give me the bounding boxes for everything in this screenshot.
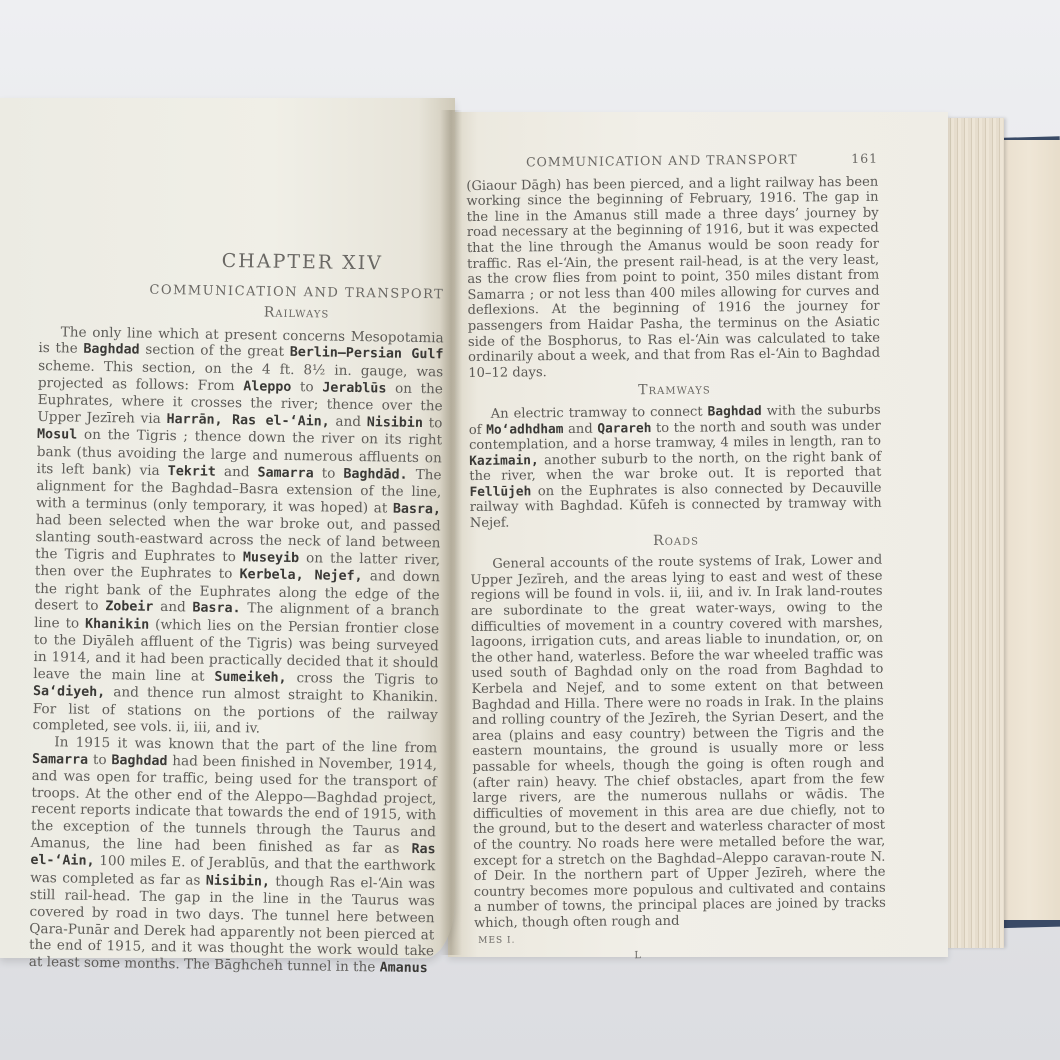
left-page-text: CHAPTER XIV COMMUNICATION AND TRANSPORT … xyxy=(29,250,445,978)
place-name: Berlin—Persian Gulf xyxy=(290,345,444,362)
place-name: Basra, xyxy=(393,501,441,517)
place-name: Baghdad xyxy=(708,404,762,420)
paragraph: An electric tramway to connect Baghdad w… xyxy=(469,403,882,532)
page-number: 161 xyxy=(851,151,878,167)
chapter-title: CHAPTER XIV xyxy=(160,252,445,273)
running-head: COMMUNICATION AND TRANSPORT 161 xyxy=(466,151,878,171)
signature-mark: MES I. xyxy=(478,933,515,949)
place-name: Kazimain, xyxy=(469,453,539,469)
running-head-title: COMMUNICATION AND TRANSPORT xyxy=(526,152,798,170)
place-name: Mosul xyxy=(37,427,77,443)
place-name: Sumeikeh, xyxy=(214,669,286,685)
place-name: Qarareh xyxy=(597,421,651,437)
place-name: Jerablūs xyxy=(322,380,386,396)
place-name: Fellūjeh xyxy=(469,484,531,500)
paragraph: (Giaour Dāgh) has been pierced, and a li… xyxy=(466,174,880,381)
gathering-letter: L xyxy=(634,948,641,964)
place-name: Aleppo xyxy=(243,379,291,395)
section-heading-tramways: Tramways xyxy=(468,381,880,401)
chapter-subtitle: COMMUNICATION AND TRANSPORT xyxy=(149,282,444,303)
place-name: Basra. xyxy=(192,601,240,617)
place-name: Zobeir xyxy=(105,599,153,615)
place-name: Amanus xyxy=(380,960,428,976)
paragraph: The only line which at present concerns … xyxy=(32,324,443,741)
page-footer: MES I. L xyxy=(474,929,886,963)
book-gutter xyxy=(440,110,462,955)
place-name: Ras el-‘Ain, xyxy=(30,842,435,870)
place-name: Mo‘adhdham xyxy=(486,421,563,437)
section-heading-railways: Railways xyxy=(149,303,444,324)
place-name: Kerbela, Nejef, xyxy=(239,567,362,584)
place-name: Samarra xyxy=(257,465,313,481)
place-name: Samarra xyxy=(32,752,88,768)
place-name: Baghdad xyxy=(83,342,139,358)
book-photo-scene: CHAPTER XIV COMMUNICATION AND TRANSPORT … xyxy=(0,0,1060,1060)
section-heading-roads: Roads xyxy=(470,531,882,551)
place-name: Khanikin xyxy=(85,617,149,633)
place-name: Nisibin, xyxy=(206,873,270,889)
page-edges xyxy=(940,118,1004,948)
paragraph: General accounts of the route systems of… xyxy=(470,553,886,932)
place-name: Museyib xyxy=(243,550,299,566)
place-name: Baghdād. xyxy=(343,466,407,482)
paragraph: In 1915 it was known that the part of th… xyxy=(29,734,438,978)
right-page-text: COMMUNICATION AND TRANSPORT 161 (Giaour … xyxy=(466,151,886,964)
place-name: Nisibin xyxy=(367,415,423,431)
place-name: Harrān, Ras el-‘Ain, xyxy=(166,412,329,430)
place-name: Baghdad xyxy=(111,753,167,769)
place-name: Sa‘diyeh, xyxy=(33,684,105,700)
place-name: Tekrit xyxy=(168,464,216,480)
